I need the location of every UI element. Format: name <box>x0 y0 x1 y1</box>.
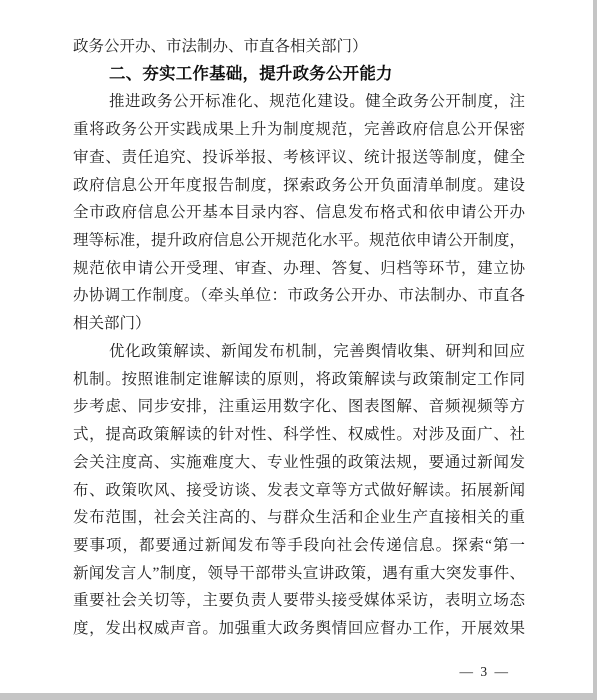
text-line: 推进政务公开标准化、规范化建设。健全政务公开制度，注 <box>73 88 525 116</box>
text-line: 办协调工作制度。（牵头单位：市政务公开办、市法制办、市直各 <box>73 282 525 310</box>
scan-edge-right <box>593 0 597 700</box>
text-line: 布、政策吹风、接受访谈、发表文章等方式做好解读。拓展新闻 <box>73 477 525 505</box>
scan-edge-bottom <box>0 693 597 700</box>
text-block: 政务公开办、市法制办、市直各相关部门）二、夯实工作基础，提升政务公开能力推进政务… <box>73 33 525 643</box>
text-line: 优化政策解读、新闻发布机制，完善舆情收集、研判和回应 <box>73 338 525 366</box>
text-line: 全市政府信息公开基本目录内容、信息发布格式和依申请公开办 <box>73 199 525 227</box>
text-line: 会关注度高、实施难度大、专业性强的政策法规，要通过新闻发 <box>73 449 525 477</box>
text-line: 步考虑、同步安排，注重运用数字化、图表图解、音频视频等方 <box>73 393 525 421</box>
text-line: 式，提高政策解读的针对性、科学性、权威性。对涉及面广、社 <box>73 421 525 449</box>
text-line: 理等标准，提升政府信息公开规范化水平。规范依申请公开制度， <box>73 227 525 255</box>
text-line: 重将政务公开实践成果上升为制度规范，完善政府信息公开保密 <box>73 116 525 144</box>
text-line: 机制。按照谁制定谁解读的原则，将政策解读与政策制定工作同 <box>73 366 525 394</box>
text-line: 发布范围，社会关注高的、与群众生活和企业生产直接相关的重 <box>73 504 525 532</box>
text-line: 政府信息公开年度报告制度，探索政务公开负面清单制度。建设 <box>73 172 525 200</box>
text-line: 要事项，都要通过新闻发布等手段向社会传递信息。探索“第一 <box>73 532 525 560</box>
text-line: 审查、责任追究、投诉举报、考核评议、统计报送等制度，健全 <box>73 144 525 172</box>
page-number: — 3 — <box>460 663 511 681</box>
text-line: 重要社会关切等，主要负责人要带头接受媒体采访，表明立场态 <box>73 587 525 615</box>
scanned-document-page: 政务公开办、市法制办、市直各相关部门）二、夯实工作基础，提升政务公开能力推进政务… <box>0 0 597 700</box>
text-line: 新闻发言人”制度，领导干部带头宣讲政策，遇有重大突发事件、 <box>73 560 525 588</box>
text-line: 相关部门） <box>73 310 525 338</box>
text-line: 规范依申请公开受理、审查、办理、答复、归档等环节，建立协 <box>73 255 525 283</box>
text-line: 度，发出权威声音。加强重大政务舆情回应督办工作，开展效果 <box>73 615 525 643</box>
section-heading: 二、夯实工作基础，提升政务公开能力 <box>73 61 525 89</box>
text-line: 政务公开办、市法制办、市直各相关部门） <box>73 33 525 61</box>
